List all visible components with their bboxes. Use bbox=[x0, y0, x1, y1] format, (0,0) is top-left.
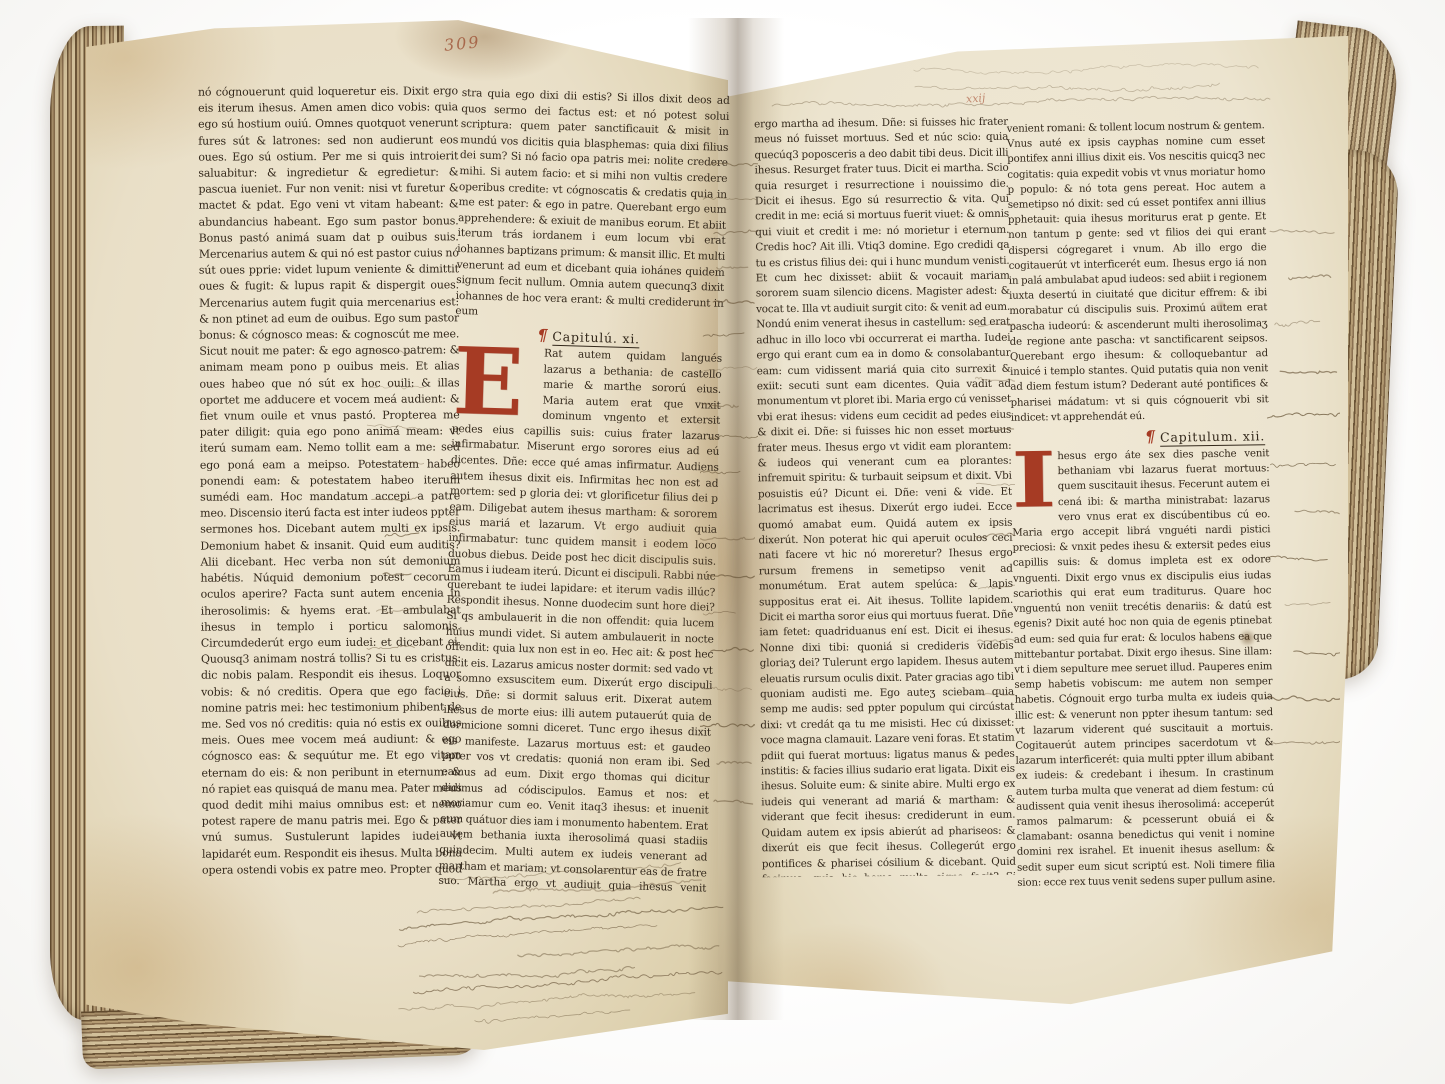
chapter-label: Capitulum. xii. bbox=[1160, 428, 1265, 446]
chapter-text: ERat autem quidam langués lazarus a beth… bbox=[438, 344, 722, 894]
printed-text: Rat autem quidam langués lazarus a betha… bbox=[438, 347, 722, 893]
printed-text: ergo martha ad ihesum. Dñe: si fuisses h… bbox=[754, 115, 1016, 878]
left-page-column-1: nó cógnouerunt quid loqueretur eis. Dixi… bbox=[198, 83, 462, 878]
open-book: 309 xxij nó cógnouerunt quid loqueretur … bbox=[0, 0, 1445, 1084]
rubric-paragraph-mark: ¶ bbox=[1145, 427, 1155, 446]
left-page-column-2: stra quia ego dixi dii estis? Si illos d… bbox=[438, 86, 730, 894]
photo-background: 309 xxij nó cógnouerunt quid loqueretur … bbox=[0, 0, 1445, 1084]
right-page-column-1: ergo martha ad ihesum. Dñe: si fuisses h… bbox=[754, 115, 1016, 878]
right-page-column-2: venient romani: & tollent locum nostrum … bbox=[1007, 118, 1276, 890]
rubric-paragraph-mark: ¶ bbox=[537, 325, 548, 344]
chapter-text: Ihesus ergo áte sex dies pasche venit be… bbox=[1011, 446, 1275, 889]
pre-chapter-text: stra quia ego dixi dii estis? Si illos d… bbox=[455, 86, 730, 328]
rubricated-initial-E: E bbox=[452, 346, 538, 422]
printed-text: nó cógnouerunt quid loqueretur eis. Dixi… bbox=[198, 83, 462, 878]
pre-chapter-text: venient romani: & tollent locum nostrum … bbox=[1007, 118, 1269, 426]
chapter-label: Capitulú. xi. bbox=[552, 329, 640, 349]
rubricated-initial-I: I bbox=[1011, 451, 1062, 514]
